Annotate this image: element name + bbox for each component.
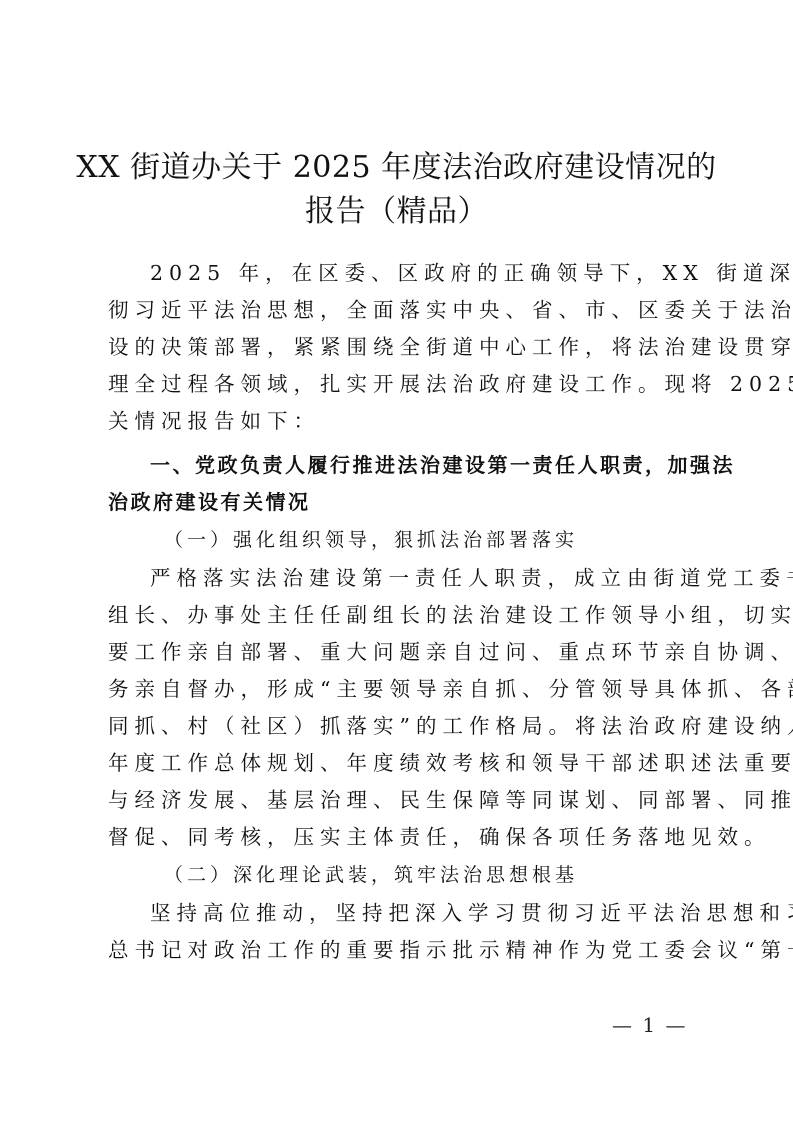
document-page: XX 街道办关于 2025 年度法治政府建设情况的 报告（精品） 2025 年，… [0,0,793,1122]
paragraph-line: 总书记对政治工作的重要指示批示精神作为党工委会议“第一议 [108,932,694,969]
intro-line: 2025 年，在区委、区政府的正确领导下，XX 街道深入学习贯 [108,255,694,292]
intro-line: 彻习近平法治思想，全面落实中央、省、市、区委关于法治政府建 [108,292,694,329]
paragraph-line: 同抓、村（社区）抓落实”的工作格局。将法治政府建设纳入街道 [108,708,694,745]
document-title-line-2: 报告（精品） [60,190,733,234]
subsection-1-heading: （一）强化组织领导，狠抓法治部署落实 [108,522,750,559]
page-number: — 1 — [612,1013,687,1037]
paragraph-line: 要工作亲自部署、重大问题亲自过问、重点环节亲自协调、重要任 [108,634,694,671]
paragraph-line: 督促、同考核，压实主体责任，确保各项任务落地见效。 [108,819,694,856]
paragraph-line: 与经济发展、基层治理、民生保障等同谋划、同部署、同推进、同 [108,782,694,819]
subsection-2-heading: （二）深化理论武装，筑牢法治思想根基 [108,857,750,894]
section-1-heading: 治政府建设有关情况 [108,484,694,521]
paragraph-line: 务亲自督办，形成“主要领导亲自抓、分管领导具体抓、各部门协 [108,671,694,708]
intro-line: 理全过程各领域，扎实开展法治政府建设工作。现将 2025 年度有 [108,366,694,403]
paragraph-line: 坚持高位推动，坚持把深入学习贯彻习近平法治思想和习近平 [108,895,694,932]
intro-line: 设的决策部署，紧紧围绕全街道中心工作，将法治建设贯穿街道治 [108,329,694,366]
document-title-line-1: XX 街道办关于 2025 年度法治政府建设情况的 [60,146,733,190]
paragraph-line: 年度工作总体规划、年度绩效考核和领导干部述职述法重要内容， [108,745,694,782]
paragraph-line: 严格落实法治建设第一责任人职责，成立由街道党工委书记任 [108,560,694,597]
intro-line: 关情况报告如下： [108,403,694,440]
paragraph-line: 组长、办事处主任任副组长的法治建设工作领导小组，切实做到重 [108,597,694,634]
section-1-heading: 一、党政负责人履行推进法治建设第一责任人职责，加强法 [108,447,694,484]
